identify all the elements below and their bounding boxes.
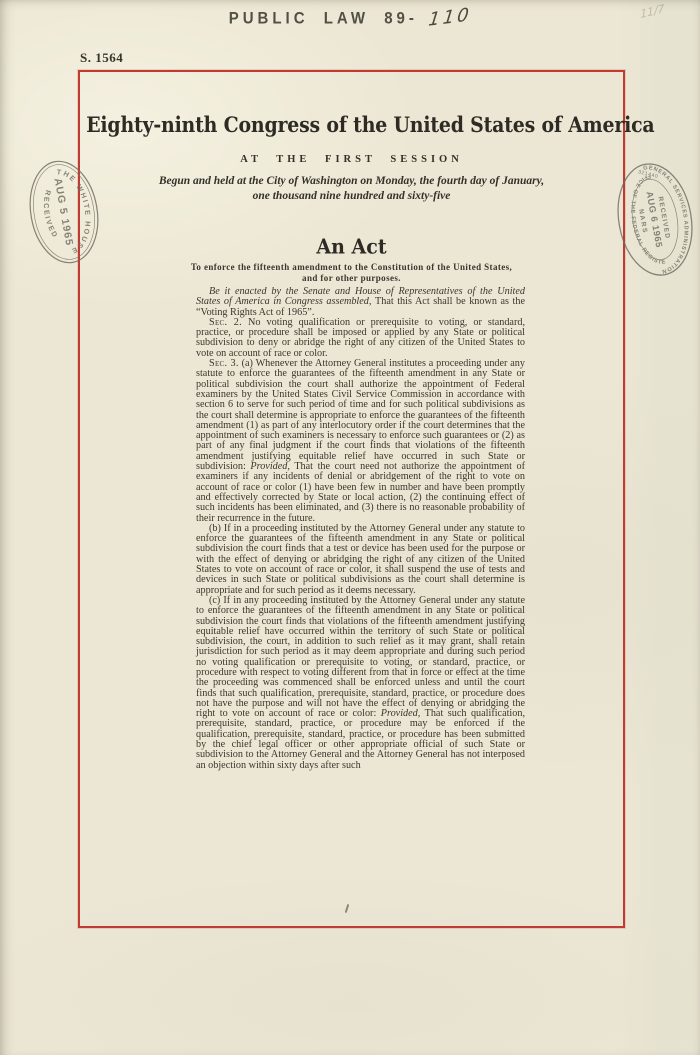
act-purpose: To enforce the fifteenth amendment to th…: [78, 262, 625, 283]
act-title: An Act: [78, 235, 625, 259]
act-purpose-line-2: and for other purposes.: [78, 273, 625, 284]
public-law-stamp-text: PUBLIC LAW 89-: [229, 9, 418, 27]
convening-statement: Begun and held at the City of Washington…: [78, 174, 625, 204]
act-body: Be it enacted by the Senate and House of…: [196, 287, 525, 771]
convening-line-1: Begun and held at the City of Washington…: [78, 174, 625, 189]
act-paragraph: Sec. 3. (a) Whenever the Attorney Genera…: [196, 359, 525, 524]
act-text-segment: (a) Whenever the Attorney General instit…: [196, 358, 525, 472]
act-text-segment: That such qualification, prerequisite, s…: [196, 708, 525, 770]
congress-title: Eighty-ninth Congress of the United Stat…: [86, 112, 617, 138]
act-purpose-line-1: To enforce the fifteenth amendment to th…: [78, 262, 625, 273]
act-paragraph: (c) If in any proceeding instituted by t…: [196, 596, 525, 771]
session-line: AT THE FIRST SESSION: [78, 154, 625, 165]
document-page: PUBLIC LAW 89- 110 11/7 S. 1564 Eighty-n…: [0, 0, 700, 1055]
public-law-heading: PUBLIC LAW 89- 110: [0, 10, 700, 31]
act-paragraph: (b) If in a proceeding instituted by the…: [196, 524, 525, 596]
act-text-segment: That the court need not authorize the ap…: [196, 461, 525, 523]
act-text-segment: (b) If in a proceeding instituted by the…: [196, 523, 525, 596]
act-paragraph: Sec. 2. No voting qualification or prere…: [196, 318, 525, 359]
public-law-number-handwritten: 110: [427, 4, 473, 31]
bill-number: S. 1564: [80, 50, 123, 66]
act-text-segment: No voting qualification or prerequisite …: [196, 317, 525, 359]
convening-line-2: one thousand nine hundred and sixty-five: [78, 189, 625, 204]
act-paragraph: Be it enacted by the Senate and House of…: [196, 287, 525, 318]
act-text-segment: (c) If in any proceeding instituted by t…: [196, 595, 525, 719]
gsa-stamp-agency: NARS: [637, 209, 648, 235]
